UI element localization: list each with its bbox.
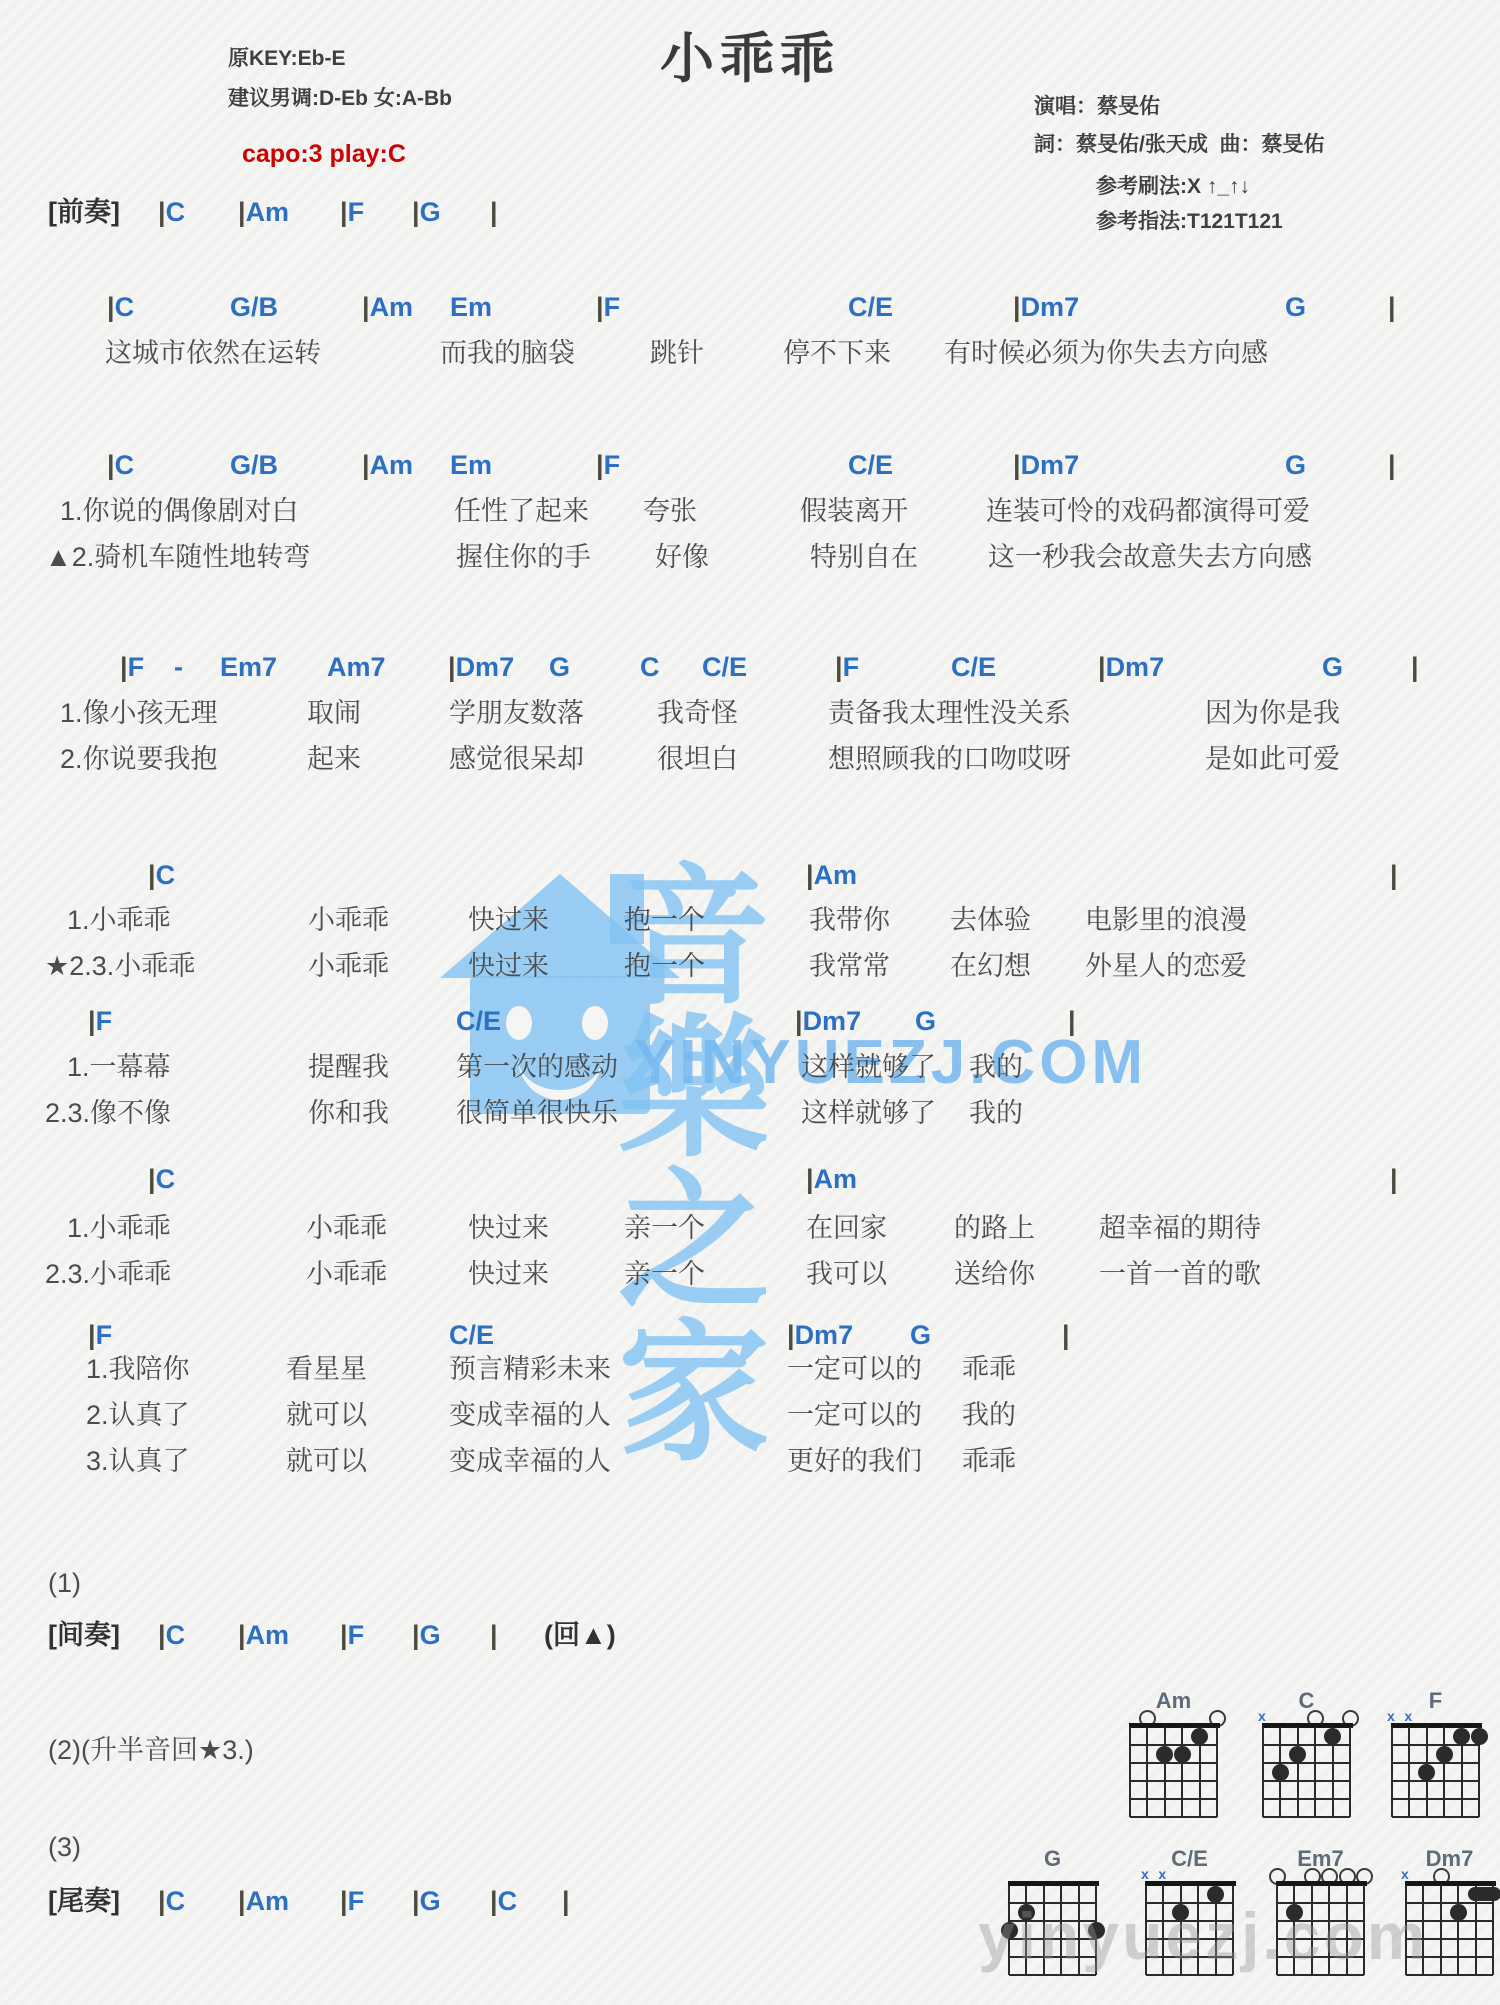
lyric-line: 3.认真了就可以变成幸福的人更好的我们乖乖	[0, 1444, 1500, 1484]
text-segment: 小乖乖	[306, 1211, 387, 1245]
finger-dot	[1018, 1904, 1035, 1921]
singer: 演唱：蔡旻佑	[1034, 90, 1160, 120]
chord: |F	[120, 650, 144, 684]
text-segment: 我奇怪	[657, 696, 738, 730]
text-segment: 1.像小孩无理	[60, 696, 218, 730]
chord-line: |C|Am|	[0, 1162, 1500, 1202]
chord: |Dm7	[1098, 650, 1164, 684]
finger-dot	[1436, 1746, 1453, 1763]
text-segment: 我可以	[806, 1257, 887, 1291]
text-segment: 2.认真了	[86, 1398, 190, 1432]
text-segment: 变成幸福的人	[449, 1398, 611, 1432]
interlude-line: [间奏]|C|Am|F|G|(回▲)	[0, 1618, 1500, 1658]
chord: |G	[412, 1884, 441, 1918]
text-segment: 一定可以的	[787, 1398, 922, 1432]
chord: |Dm7	[1013, 290, 1079, 324]
muted-string-mark: x	[1404, 1710, 1412, 1723]
text-segment: 握住你的手	[456, 540, 591, 574]
text-segment: 而我的脑袋	[440, 336, 575, 370]
chord: |F	[340, 1618, 364, 1652]
finger-dot	[1156, 1746, 1173, 1763]
chord: |F	[88, 1318, 112, 1352]
text-segment: 我的	[969, 1050, 1023, 1084]
measure-bar: |	[1068, 1004, 1076, 1038]
fretboard-grid	[1263, 1727, 1350, 1817]
chord: |Dm7	[787, 1318, 853, 1352]
text-segment: 这一秒我会故意失去方向感	[988, 540, 1312, 574]
text-segment: 我带你	[809, 903, 890, 937]
finger-dot	[1272, 1764, 1289, 1781]
fretboard-grid	[1392, 1727, 1479, 1817]
lyric-line: 2.3.像不像你和我很简单很快乐这样就够了我的	[0, 1096, 1500, 1136]
text-segment: (1)	[48, 1566, 81, 1600]
text-segment: 责备我太理性没关系	[828, 696, 1071, 730]
text-segment: 快过来	[468, 1257, 549, 1291]
lyric-line: 2.你说要我抱起来感觉很呆却很坦白想照顾我的口吻哎呀是如此可爱	[0, 742, 1500, 782]
finger-dot	[1450, 1904, 1467, 1921]
chord: |F	[340, 1884, 364, 1918]
text-segment: 夸张	[643, 494, 697, 528]
fretboard-grid	[1406, 1885, 1493, 1975]
text-segment: 3.认真了	[86, 1444, 190, 1478]
fretboard-grid	[1009, 1885, 1096, 1975]
chord: C/E	[848, 448, 893, 482]
text-segment: (回▲)	[544, 1618, 616, 1652]
text-segment: 抱一个	[624, 903, 705, 937]
chord: |Am	[238, 195, 289, 229]
chord: |F	[596, 290, 620, 324]
fretboard-grid	[1146, 1885, 1233, 1975]
suggested-key: 建议男调:D-Eb 女:A-Bb	[228, 82, 452, 112]
chord: G	[915, 1004, 936, 1038]
finger-dot	[1172, 1904, 1189, 1921]
text-segment: 抱一个	[624, 949, 705, 983]
lyric-line: ★2.3.小乖乖小乖乖快过来抱一个我常常在幻想外星人的恋爱	[0, 949, 1500, 989]
finger-dot	[1191, 1728, 1208, 1745]
capo-info: capo:3 play:C	[242, 140, 406, 169]
chord-diagram-label: C	[1263, 1688, 1350, 1714]
text-segment: ▲2.骑机车随性地转弯	[45, 540, 310, 574]
muted-string-mark: x	[1401, 1868, 1409, 1881]
chord: |F	[835, 650, 859, 684]
muted-string-mark: x	[1158, 1868, 1166, 1881]
finger-dot	[1289, 1746, 1306, 1763]
text-segment: 1.一幕幕	[67, 1050, 171, 1084]
text-segment: 有时候必须为你失去方向感	[944, 336, 1268, 370]
text-segment: 就可以	[286, 1398, 367, 1432]
measure-bar: |	[1390, 858, 1398, 892]
chord: |C	[158, 195, 185, 229]
text-segment: [间奏]	[48, 1618, 120, 1652]
lyric-line: 1.像小孩无理取闹学朋友数落我奇怪责备我太理性没关系因为你是我	[0, 696, 1500, 736]
chord: |C	[107, 448, 134, 482]
text-segment: 一定可以的	[787, 1352, 922, 1386]
text-segment: 第一次的感动	[456, 1050, 618, 1084]
measure-bar: |	[1411, 650, 1419, 684]
text-segment: 提醒我	[308, 1050, 389, 1084]
finger-dot	[1088, 1922, 1105, 1939]
text-segment: 1.小乖乖	[67, 1211, 171, 1245]
section-number: (1)	[0, 1566, 1500, 1606]
text-segment: 是如此可爱	[1205, 742, 1340, 776]
measure-bar: |	[562, 1884, 570, 1918]
text-segment: 特别自在	[810, 540, 918, 574]
text-segment: 2.你说要我抱	[60, 742, 218, 776]
chord: |G	[412, 195, 441, 229]
chord-line: |FC/E|Dm7G|	[0, 1004, 1500, 1044]
text-segment: 乖乖	[962, 1444, 1016, 1478]
lyric-line: 2.3.小乖乖小乖乖快过来亲一个我可以送给你一首一首的歌	[0, 1257, 1500, 1297]
text-segment: 我的	[969, 1096, 1023, 1130]
text-segment: 好像	[655, 540, 709, 574]
song-title: 小乖乖	[0, 16, 1500, 93]
lyric-line: 1.一幕幕提醒我第一次的感动这样就够了我的	[0, 1050, 1500, 1090]
chord: G/B	[230, 290, 278, 324]
text-segment: 假装离开	[800, 494, 908, 528]
text-segment: 快过来	[468, 1211, 549, 1245]
text-segment: 学朋友数落	[449, 696, 584, 730]
lyric-line: 这城市依然在运转而我的脑袋跳针停不下来有时候必须为你失去方向感	[0, 336, 1500, 376]
text-segment: 这城市依然在运转	[105, 336, 321, 370]
finger-dot	[1174, 1746, 1191, 1763]
chord: G	[1285, 448, 1306, 482]
chord: Em	[450, 448, 492, 482]
lyric-line: ▲2.骑机车随性地转弯握住你的手好像特别自在这一秒我会故意失去方向感	[0, 540, 1500, 580]
chord: |Am	[362, 290, 413, 324]
text-segment: 超幸福的期待	[1099, 1211, 1261, 1245]
chord: G	[1285, 290, 1306, 324]
finger-dot	[1286, 1904, 1303, 1921]
text-segment: 1.我陪你	[86, 1352, 190, 1386]
text-segment: 亲一个	[624, 1257, 705, 1291]
chord: C/E	[848, 290, 893, 324]
text-segment: [前奏]	[48, 195, 120, 229]
text-segment: 你和我	[308, 1096, 389, 1130]
measure-bar: |	[490, 195, 498, 229]
text-segment: 起来	[307, 742, 361, 776]
chord-diagram-label: G	[1009, 1846, 1096, 1872]
chord: |F	[596, 448, 620, 482]
text-segment: 预言精彩未来	[449, 1352, 611, 1386]
muted-string-mark: x	[1258, 1710, 1266, 1723]
muted-string-mark: x	[1387, 1710, 1395, 1723]
finger-dot	[1001, 1922, 1018, 1939]
finger-dot	[1324, 1728, 1341, 1745]
chord: |Am	[806, 858, 857, 892]
chord: C/E	[951, 650, 996, 684]
measure-bar: |	[1388, 290, 1396, 324]
chord-sheet-page: { "meta": { "title": "小乖乖", "original_ke…	[0, 0, 1500, 2005]
text-segment: (2)(升半音回★3.)	[48, 1733, 254, 1767]
text-segment: 感觉很呆却	[449, 742, 584, 776]
text-segment: 快过来	[468, 949, 549, 983]
text-segment: 快过来	[468, 903, 549, 937]
finger-dot	[1453, 1728, 1470, 1745]
chord: |F	[88, 1004, 112, 1038]
text-segment: 小乖乖	[308, 903, 389, 937]
text-segment: 连装可怜的戏码都演得可爱	[986, 494, 1310, 528]
measure-bar: |	[490, 1618, 498, 1652]
text-segment: 小乖乖	[308, 949, 389, 983]
text-segment: 更好的我们	[787, 1444, 922, 1478]
lyric-line: 1.你说的偶像剧对白任性了起来夸张假装离开连装可怜的戏码都演得可爱	[0, 494, 1500, 534]
text-segment: 在回家	[806, 1211, 887, 1245]
measure-bar: |	[1062, 1318, 1070, 1352]
chord: |C	[107, 290, 134, 324]
text-segment: 我常常	[809, 949, 890, 983]
chord: G	[1322, 650, 1343, 684]
text-segment: 这样就够了	[801, 1096, 936, 1130]
finger-dot	[1418, 1764, 1435, 1781]
chord: Em	[450, 290, 492, 324]
chord: |F	[340, 195, 364, 229]
fretboard-grid	[1130, 1727, 1217, 1817]
chord-diagram-label: Dm7	[1406, 1846, 1493, 1872]
chord: |C	[148, 1162, 175, 1196]
chord: |Dm7	[448, 650, 514, 684]
text-segment: 2.3.小乖乖	[45, 1257, 171, 1291]
intro-line: [前奏]|C|Am|F|G|	[0, 195, 1500, 235]
section-number: (3)	[0, 1830, 1500, 1870]
text-segment: 任性了起来	[454, 494, 589, 528]
barre-bar	[1468, 1887, 1500, 1901]
text-segment: 看星星	[286, 1352, 367, 1386]
chord: Em7	[220, 650, 277, 684]
measure-bar: |	[1390, 1162, 1398, 1196]
text-segment: 想照顾我的口吻哎呀	[828, 742, 1071, 776]
text-segment: 的路上	[954, 1211, 1035, 1245]
chord: C/E	[449, 1318, 494, 1352]
chord: |Am	[238, 1618, 289, 1652]
chord: Am7	[327, 650, 386, 684]
text-segment: 取闹	[307, 696, 361, 730]
text-segment: 电影里的浪漫	[1085, 903, 1247, 937]
fretboard-grid	[1277, 1885, 1364, 1975]
finger-dot	[1471, 1728, 1488, 1745]
lyric-line: 1.小乖乖小乖乖快过来亲一个在回家的路上超幸福的期待	[0, 1211, 1500, 1251]
text-segment: 亲一个	[624, 1211, 705, 1245]
text-segment: 变成幸福的人	[449, 1444, 611, 1478]
chord: |Dm7	[1013, 448, 1079, 482]
chord-line: |CG/B|AmEm|FC/E|Dm7G|	[0, 290, 1500, 330]
chord-line: |C|Am|	[0, 858, 1500, 898]
lyric-line: 2.认真了就可以变成幸福的人一定可以的我的	[0, 1398, 1500, 1438]
text-segment: ★2.3.小乖乖	[45, 949, 195, 983]
chord: G	[910, 1318, 931, 1352]
chord: |Am	[806, 1162, 857, 1196]
text-segment: 外星人的恋爱	[1085, 949, 1247, 983]
chord: C/E	[456, 1004, 501, 1038]
text-segment: 小乖乖	[306, 1257, 387, 1291]
chord: G	[549, 650, 570, 684]
original-key: 原KEY:Eb-E	[228, 42, 345, 72]
text-segment: 送给你	[954, 1257, 1035, 1291]
lyric-line: 1.我陪你看星星预言精彩未来一定可以的乖乖	[0, 1352, 1500, 1392]
text-segment: 1.你说的偶像剧对白	[60, 494, 299, 528]
text-segment: 在幻想	[950, 949, 1031, 983]
chord: C/E	[702, 650, 747, 684]
chord: |G	[412, 1618, 441, 1652]
text-segment: 跳针	[650, 336, 704, 370]
text-segment: (3)	[48, 1830, 81, 1864]
chord: G/B	[230, 448, 278, 482]
text-segment: 一首一首的歌	[1099, 1257, 1261, 1291]
chord: |C	[148, 858, 175, 892]
chord: |C	[158, 1884, 185, 1918]
credits: 詞：蔡旻佑/张天成 曲：蔡旻佑	[1034, 128, 1325, 158]
text-segment: 因为你是我	[1205, 696, 1340, 730]
sheet-body: 小乖乖 原KEY:Eb-E 建议男调:D-Eb 女:A-Bb capo:3 pl…	[0, 0, 1500, 2005]
chord: -	[174, 650, 183, 684]
text-segment: [尾奏]	[48, 1884, 120, 1918]
measure-bar: |	[1388, 448, 1396, 482]
text-segment: 2.3.像不像	[45, 1096, 171, 1130]
outro-line: [尾奏]|C|Am|F|G|C|	[0, 1884, 1500, 1924]
chord: |C	[158, 1618, 185, 1652]
text-segment: 我的	[962, 1398, 1016, 1432]
text-segment: 很简单很快乐	[456, 1096, 618, 1130]
chord: C	[640, 650, 660, 684]
chord-line: |F-Em7Am7|Dm7GCC/E|FC/E|Dm7G|	[0, 650, 1500, 690]
text-segment: 1.小乖乖	[67, 903, 171, 937]
finger-dot	[1207, 1886, 1224, 1903]
chord: |C	[490, 1884, 517, 1918]
text-segment: 很坦白	[657, 742, 738, 776]
text-segment: 乖乖	[962, 1352, 1016, 1386]
text-segment: 就可以	[286, 1444, 367, 1478]
text-segment: 停不下来	[783, 336, 891, 370]
chord: |Dm7	[795, 1004, 861, 1038]
chord: |Am	[362, 448, 413, 482]
text-segment: 去体验	[950, 903, 1031, 937]
text-segment: 这样就够了	[801, 1050, 936, 1084]
lyric-line: 1.小乖乖小乖乖快过来抱一个我带你去体验电影里的浪漫	[0, 903, 1500, 943]
chord-line: |CG/B|AmEm|FC/E|Dm7G|	[0, 448, 1500, 488]
chord: |Am	[238, 1884, 289, 1918]
muted-string-mark: x	[1141, 1868, 1149, 1881]
